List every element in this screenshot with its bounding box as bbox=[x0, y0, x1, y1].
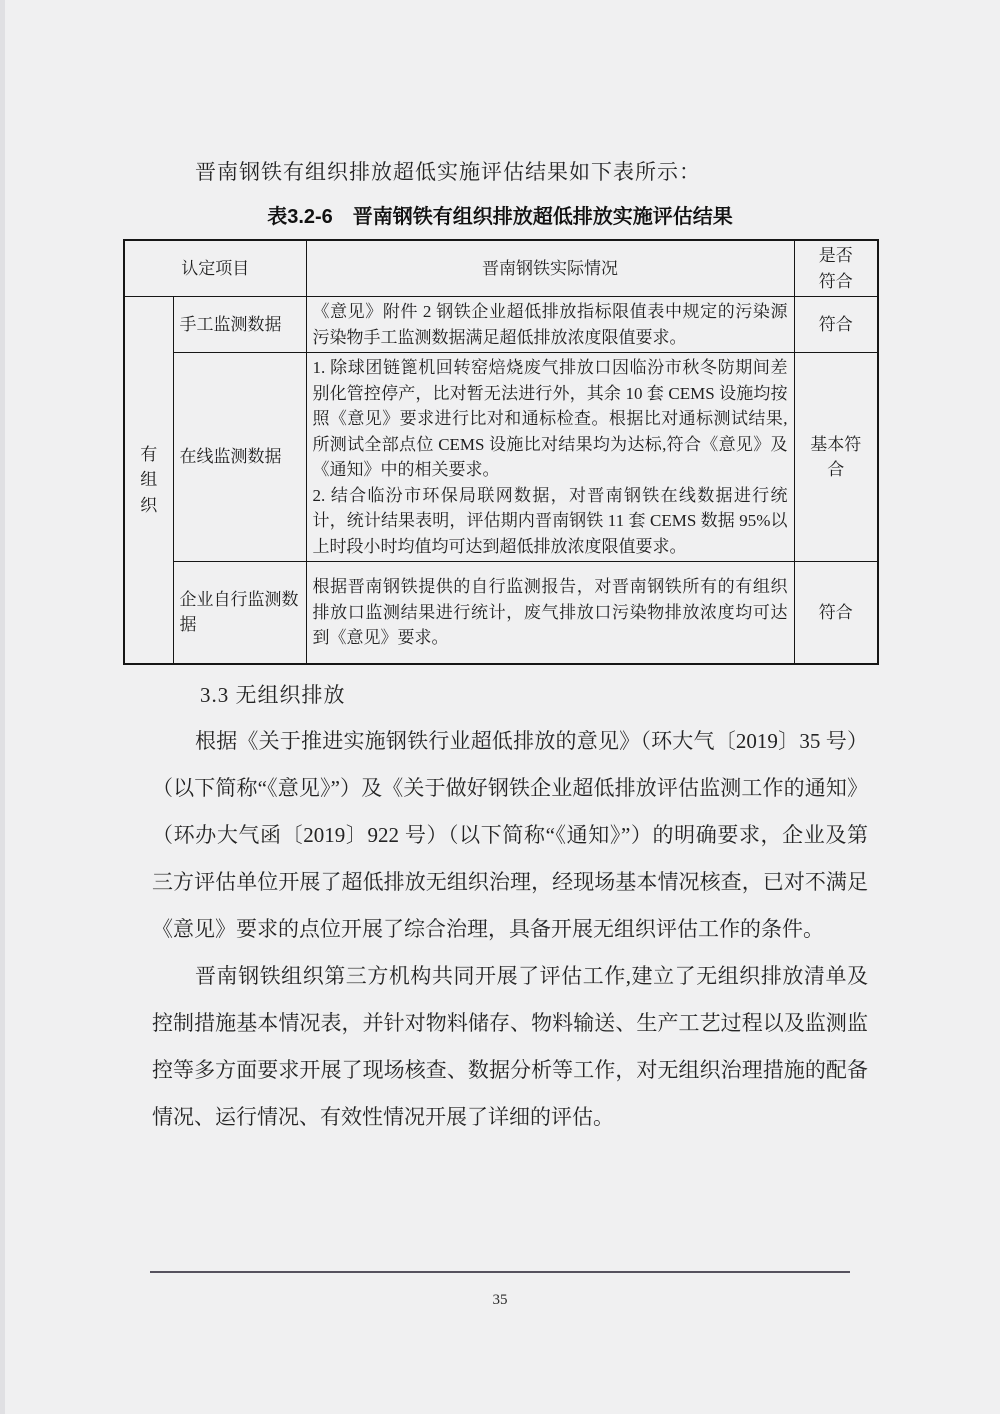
detail-item-1: 1. 除球团链篦机回转窑焙烧废气排放口因临汾市秋冬防期间差别化管控停产，比对暂无… bbox=[313, 355, 788, 483]
footer-divider-line bbox=[150, 1271, 850, 1273]
row-group-organized-emissions: 有组织 bbox=[124, 297, 173, 664]
row-verdict: 符合 bbox=[794, 562, 878, 664]
evaluation-result-table: 认定项目 晋南钢铁实际情况 是否符合 有组织 手工监测数据 《意见》附件 2 钢… bbox=[123, 239, 879, 665]
row-verdict: 基本符合 bbox=[794, 353, 878, 562]
row-detail: 1. 除球团链篦机回转窑焙烧废气排放口因临汾市秋冬防期间差别化管控停产，比对暂无… bbox=[306, 353, 794, 562]
section-heading-3-3: 3.3 无组织排放 bbox=[200, 683, 346, 707]
row-detail: 根据晋南钢铁提供的自行监测报告，对晋南钢铁所有的有组织排放口监测结果进行统计，废… bbox=[306, 562, 794, 664]
header-compliance: 是否符合 bbox=[794, 240, 878, 297]
intro-paragraph: 晋南钢铁有组织排放超低实施评估结果如下表所示： bbox=[152, 159, 892, 185]
verdict-label: 符合 bbox=[809, 600, 863, 626]
header-compliance-label: 是否符合 bbox=[817, 243, 855, 294]
header-assessment-item: 认定项目 bbox=[124, 240, 306, 297]
detail-item-2: 2. 结合临汾市环保局联网数据，对晋南钢铁在线数据进行统计，统计结果表明，评估期… bbox=[313, 483, 788, 560]
table-caption: 表3.2-6 晋南钢铁有组织排放超低排放实施评估结果 bbox=[0, 204, 1000, 230]
row-item-label: 企业自行监测数据 bbox=[173, 562, 306, 664]
body-paragraph-1: 根据《关于推进实施钢铁行业超低排放的意见》（环大气〔2019〕35 号）（以下简… bbox=[152, 718, 868, 953]
table-header-row: 认定项目 晋南钢铁实际情况 是否符合 bbox=[124, 240, 878, 297]
verdict-label: 符合 bbox=[809, 312, 863, 338]
verdict-label: 基本符合 bbox=[809, 432, 863, 483]
table-row-manual-monitoring: 有组织 手工监测数据 《意见》附件 2 钢铁企业超低排放指标限值表中规定的污染源… bbox=[124, 297, 878, 353]
table-row-online-monitoring: 在线监测数据 1. 除球团链篦机回转窑焙烧废气排放口因临汾市秋冬防期间差别化管控… bbox=[124, 353, 878, 562]
row-group-label: 有组织 bbox=[139, 442, 158, 519]
table-row-self-monitoring: 企业自行监测数据 根据晋南钢铁提供的自行监测报告，对晋南钢铁所有的有组织排放口监… bbox=[124, 562, 878, 664]
row-item-label: 手工监测数据 bbox=[173, 297, 306, 353]
row-item-label: 在线监测数据 bbox=[173, 353, 306, 562]
document-page: 晋南钢铁有组织排放超低实施评估结果如下表所示： 表3.2-6 晋南钢铁有组织排放… bbox=[0, 0, 1000, 1414]
row-detail: 《意见》附件 2 钢铁企业超低排放指标限值表中规定的污染源污染物手工监测数据满足… bbox=[306, 297, 794, 353]
header-actual-situation: 晋南钢铁实际情况 bbox=[306, 240, 794, 297]
section-body: 根据《关于推进实施钢铁行业超低排放的意见》（环大气〔2019〕35 号）（以下简… bbox=[152, 718, 868, 1141]
body-paragraph-2: 晋南钢铁组织第三方机构共同开展了评估工作,建立了无组织排放清单及控制措施基本情况… bbox=[152, 953, 868, 1141]
row-verdict: 符合 bbox=[794, 297, 878, 353]
page-number: 35 bbox=[0, 1291, 1000, 1309]
